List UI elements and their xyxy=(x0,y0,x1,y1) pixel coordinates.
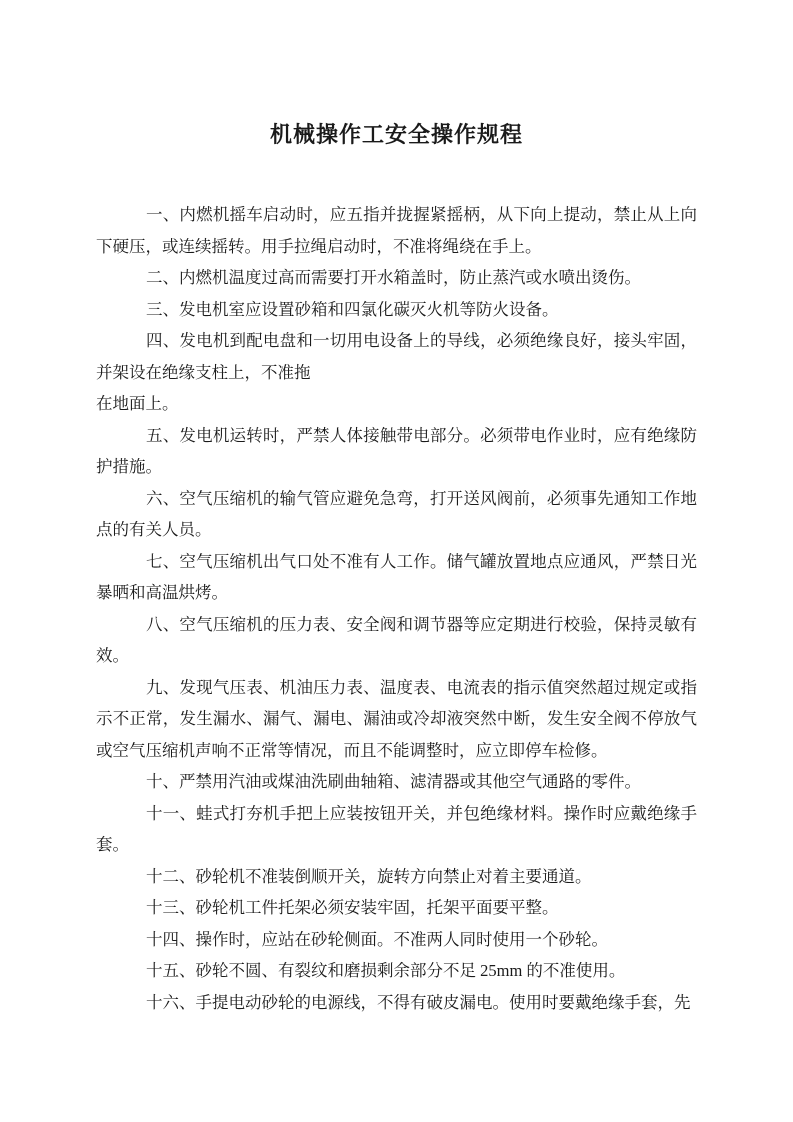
document-paragraph: 一、内燃机摇车启动时，应五指并拢握紧摇柄，从下向上提动，禁止从上向下硬压，或连续… xyxy=(96,199,697,262)
document-paragraph: 十二、砂轮机不准装倒顺开关，旋转方向禁止对着主要通道。 xyxy=(96,861,697,893)
document-body: 一、内燃机摇车启动时，应五指并拢握紧摇柄，从下向上提动，禁止从上向下硬压，或连续… xyxy=(96,199,697,1018)
document-paragraph: 八、空气压缩机的压力表、安全阀和调节器等应定期进行校验，保持灵敏有效。 xyxy=(96,609,697,672)
document-paragraph: 九、发现气压表、机油压力表、温度表、电流表的指示值突然超过规定或指示不正常，发生… xyxy=(96,672,697,767)
document-paragraph: 三、发电机室应设置砂箱和四氯化碳灭火机等防火设备。 xyxy=(96,294,697,326)
document-paragraph: 十三、砂轮机工件托架必须安装牢固，托架平面要平整。 xyxy=(96,892,697,924)
document-page: 机械操作工安全操作规程 一、内燃机摇车启动时，应五指并拢握紧摇柄，从下向上提动，… xyxy=(0,0,793,1122)
document-paragraph: 六、空气压缩机的输气管应避免急弯，打开送风阀前，必须事先通知工作地点的有关人员。 xyxy=(96,483,697,546)
document-paragraph: 十六、手提电动砂轮的电源线，不得有破皮漏电。使用时要戴绝缘手套，先 xyxy=(96,987,697,1019)
document-paragraph: 十、严禁用汽油或煤油洗刷曲轴箱、滤清器或其他空气通路的零件。 xyxy=(96,766,697,798)
document-paragraph: 十一、蛙式打夯机手把上应装按钮开关，并包绝缘材料。操作时应戴绝缘手套。 xyxy=(96,798,697,861)
document-content: 机械操作工安全操作规程 一、内燃机摇车启动时，应五指并拢握紧摇柄，从下向上提动，… xyxy=(96,0,697,1018)
document-paragraph: 五、发电机运转时，严禁人体接触带电部分。必须带电作业时，应有绝缘防护措施。 xyxy=(96,420,697,483)
document-paragraph: 七、空气压缩机出气口处不准有人工作。储气罐放置地点应通风，严禁日光暴晒和高温烘烤… xyxy=(96,546,697,609)
document-paragraph: 四、发电机到配电盘和一切用电设备上的导线，必须绝缘良好，接头牢固，并架设在绝缘支… xyxy=(96,325,697,388)
document-title: 机械操作工安全操作规程 xyxy=(96,119,697,151)
document-paragraph: 在地面上。 xyxy=(96,388,697,420)
document-paragraph: 十五、砂轮不圆、有裂纹和磨损剩余部分不足 25mm 的不准使用。 xyxy=(96,955,697,987)
document-paragraph: 十四、操作时，应站在砂轮侧面。不准两人同时使用一个砂轮。 xyxy=(96,924,697,956)
document-paragraph: 二、内燃机温度过高而需要打开水箱盖时，防止蒸汽或水喷出烫伤。 xyxy=(96,262,697,294)
